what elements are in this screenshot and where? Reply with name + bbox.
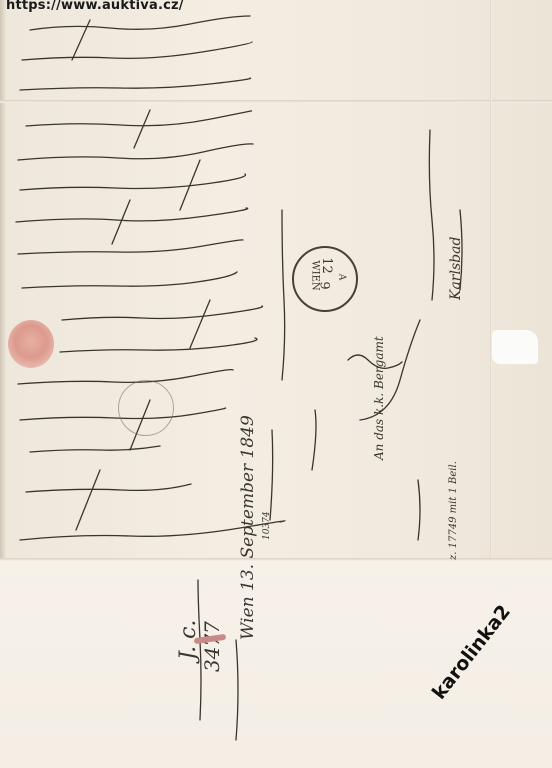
note-bottom-right: z. 17749 mit 1 Beil. xyxy=(448,461,459,560)
postmark-month: 9 xyxy=(317,281,332,289)
watermark-url: https://www.auktiva.cz/ xyxy=(6,0,184,13)
postmark-circle: WIEN 12 9 A xyxy=(292,246,358,312)
address-center: An das k.k. Bergamt xyxy=(372,336,386,460)
faded-postmark xyxy=(118,380,174,436)
side-number: 10374 xyxy=(262,511,272,540)
postmark-time: A xyxy=(336,274,346,281)
paper-repair-patch xyxy=(492,330,538,364)
postmark-day: 12 xyxy=(319,257,334,274)
address-right: Karlsbad xyxy=(448,237,464,300)
docket-number: 3477 xyxy=(200,621,224,672)
wax-seal xyxy=(8,320,54,368)
docket-date: Wien 13. September 1849 xyxy=(238,415,258,640)
